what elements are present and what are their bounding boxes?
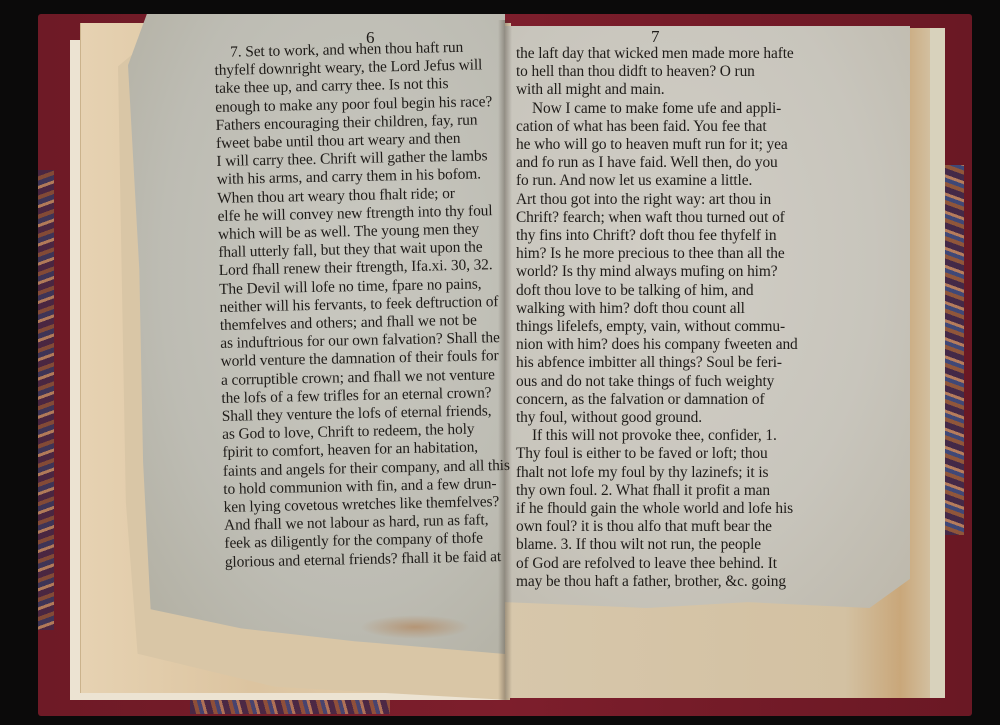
marbled-board-right <box>942 165 964 535</box>
text-line: concern, as the falvation or damnation o… <box>516 391 796 409</box>
text-line: thy foul, without good ground. <box>516 409 796 427</box>
text-line: Now I came to make fome ufe and appli- <box>516 100 796 118</box>
text-line: nion with him? does his company fweeten … <box>516 336 796 354</box>
right-page-number: 7 <box>651 27 660 47</box>
text-line: fhalt not lofe my foul by thy lazinefs; … <box>516 464 796 482</box>
text-line: of God are refolved to leave thee behind… <box>516 555 796 573</box>
text-line: Chrift? fearch; when waft thou turned ou… <box>516 209 796 227</box>
text-line: If this will not provoke thee, confider,… <box>516 427 796 445</box>
text-line: Thy foul is either to be faved or loft; … <box>516 445 796 463</box>
text-line: world? Is thy mind always mufing on him? <box>516 263 796 281</box>
left-page-text: 7. Set to work, and when thou haft runth… <box>214 38 515 572</box>
text-line: his abfence imbitter all things? Soul be… <box>516 354 796 372</box>
text-line: him? Is he more precious to thee than al… <box>516 245 796 263</box>
text-line: fo run. And now let us examine a little. <box>516 172 796 190</box>
marbled-board-left <box>38 170 54 630</box>
text-line: with all might and main. <box>516 81 796 99</box>
right-page-text: the laft day that wicked men made more h… <box>516 45 796 591</box>
text-line: thy fins into Chrift? doft thou fee thyf… <box>516 227 796 245</box>
text-line: to hell than thou didft to heaven? O run <box>516 63 796 81</box>
text-line: cation of what has been faid. You fee th… <box>516 118 796 136</box>
text-line: ous and do not take things of fuch weigh… <box>516 373 796 391</box>
marbled-board-bottom <box>190 700 390 714</box>
text-line: thy own foul. 2. What fhall it profit a … <box>516 482 796 500</box>
text-line: doft thou love to be talking of him, and <box>516 282 796 300</box>
text-line: things lifelefs, empty, vain, without co… <box>516 318 796 336</box>
text-line: and fo run as I have faid. Well then, do… <box>516 154 796 172</box>
text-line: own foul? it is thou alfo that muft bear… <box>516 518 796 536</box>
text-line: blame. 3. If thou wilt not run, the peop… <box>516 536 796 554</box>
text-line: the laft day that wicked men made more h… <box>516 45 796 63</box>
text-line: Art thou got into the right way: art tho… <box>516 191 796 209</box>
text-line: he who will go to heaven muft run for it… <box>516 136 796 154</box>
text-line: if he fhould gain the whole world and lo… <box>516 500 796 518</box>
text-line: walking with him? doft thou count all <box>516 300 796 318</box>
foxing-stain <box>360 615 470 639</box>
text-line: may be thou haft a father, brother, &c. … <box>516 573 796 591</box>
